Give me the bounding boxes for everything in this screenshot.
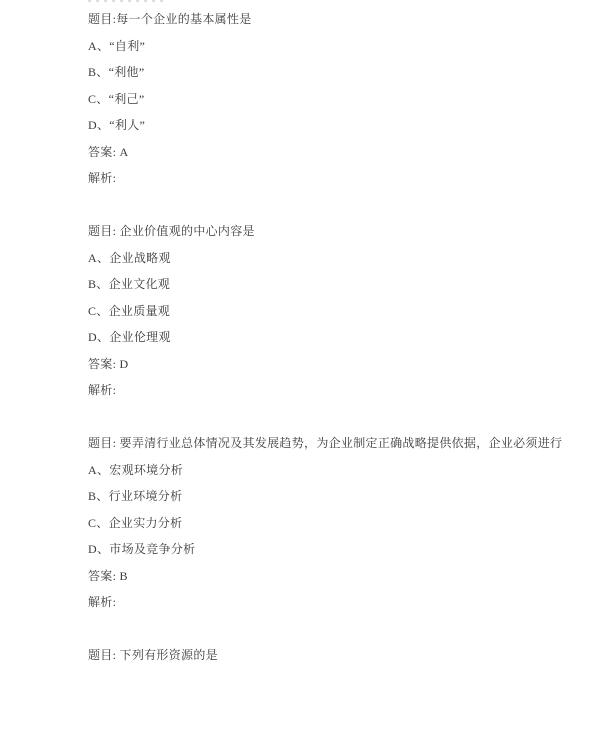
option-b: B、企业文化观 — [88, 271, 582, 298]
question-title: 题目: 下列有形资源的是 — [88, 642, 582, 669]
option-c: C、企业实力分析 — [88, 510, 582, 537]
question-block: 题目:每一个企业的基本属性是 A、“自利” B、“利他” C、“利己” D、“利… — [88, 6, 582, 192]
analysis-line: 解析: — [88, 377, 582, 404]
question-gap — [88, 192, 582, 219]
question-gap — [88, 404, 582, 431]
option-a: A、“自利” — [88, 33, 582, 60]
answer-line: 答案: B — [88, 563, 582, 590]
option-a: A、宏观环境分析 — [88, 457, 582, 484]
analysis-line: 解析: — [88, 589, 582, 616]
option-d: D、市场及竞争分析 — [88, 536, 582, 563]
question-block: 题目: 要弄清行业总体情况及其发展趋势，为企业制定正确战略提供依据，企业必须进行… — [88, 430, 582, 616]
option-b: B、“利他” — [88, 59, 582, 86]
option-b: B、行业环境分析 — [88, 483, 582, 510]
clipped-text-fragment — [88, 0, 166, 2]
question-gap — [88, 616, 582, 643]
answer-line: 答案: D — [88, 351, 582, 378]
question-title: 题目: 企业价值观的中心内容是 — [88, 218, 582, 245]
question-title: 题目: 要弄清行业总体情况及其发展趋势，为企业制定正确战略提供依据，企业必须进行 — [88, 430, 582, 457]
option-d: D、“利人” — [88, 112, 582, 139]
option-c: C、企业质量观 — [88, 298, 582, 325]
question-title: 题目:每一个企业的基本属性是 — [88, 6, 582, 33]
question-list: 题目:每一个企业的基本属性是 A、“自利” B、“利他” C、“利己” D、“利… — [88, 6, 582, 669]
analysis-line: 解析: — [88, 165, 582, 192]
option-a: A、企业战略观 — [88, 245, 582, 272]
document-page: { "document": { "background": "#ffffff",… — [0, 0, 612, 732]
option-c: C、“利己” — [88, 86, 582, 113]
option-d: D、企业伦理观 — [88, 324, 582, 351]
answer-line: 答案: A — [88, 139, 582, 166]
question-block: 题目: 下列有形资源的是 — [88, 642, 582, 669]
question-block: 题目: 企业价值观的中心内容是 A、企业战略观 B、企业文化观 C、企业质量观 … — [88, 218, 582, 404]
